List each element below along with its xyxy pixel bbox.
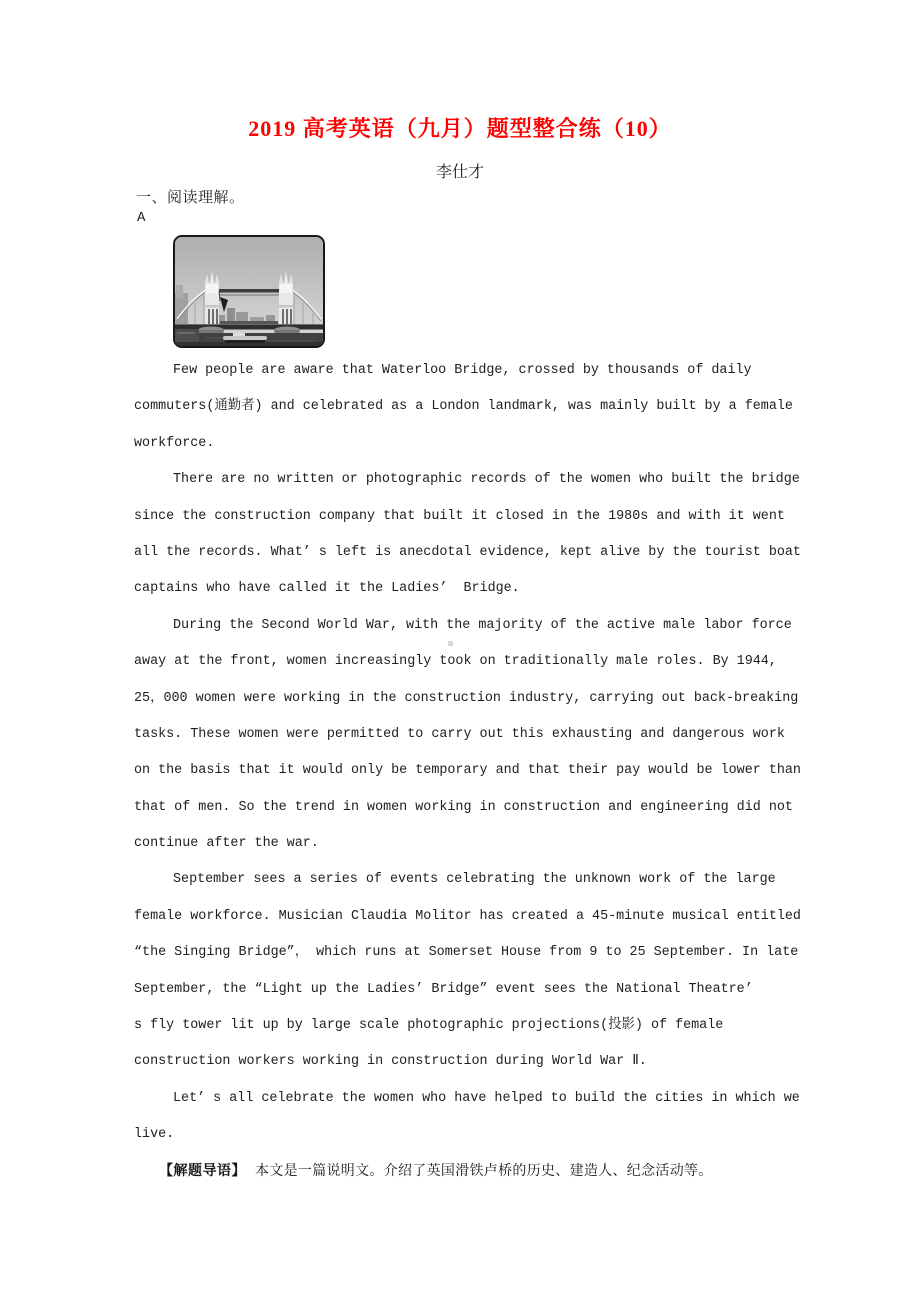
passage-line: September, the “Light up the Ladies’ Bri… xyxy=(134,972,818,1008)
tower-bridge-illustration xyxy=(175,237,323,346)
passage-line: continue after the war. xyxy=(134,826,818,862)
passage-line: workforce. xyxy=(134,426,818,462)
passage-line: construction workers working in construc… xyxy=(134,1044,818,1080)
passage-line: tasks. These women were permitted to car… xyxy=(134,717,818,753)
passage-line: since the construction company that buil… xyxy=(134,499,818,535)
passage-line: Let’ s all celebrate the women who have … xyxy=(134,1081,818,1117)
passage-line: There are no written or photographic rec… xyxy=(134,462,818,498)
passage-line: s fly tower lit up by large scale photog… xyxy=(134,1008,818,1044)
document-page: 2019 高考英语（九月）题型整合练（10） 李仕才 一、阅读理解。 A xyxy=(0,0,920,1302)
bridge-deck xyxy=(175,324,323,330)
passage-line: on the basis that it would only be tempo… xyxy=(134,753,818,789)
passage-line: commuters(通勤者) and celebrated as a Londo… xyxy=(134,389,818,425)
passage-line: live. xyxy=(134,1117,818,1153)
reading-passage: Few people are aware that Waterloo Bridg… xyxy=(134,353,818,1154)
passage-line: September sees a series of events celebr… xyxy=(134,862,818,898)
bridge-photo xyxy=(173,235,325,348)
smudge-artifact xyxy=(448,641,453,646)
guide-note: 【解题导语】本文是一篇说明文。介绍了英国滑铁卢桥的历史、建造人、纪念活动等。 xyxy=(134,1154,818,1190)
section-heading: 一、阅读理解。 xyxy=(136,186,245,207)
guide-label: 【解题导语】 xyxy=(159,1164,246,1179)
passage-line: Few people are aware that Waterloo Bridg… xyxy=(134,353,818,389)
passage-label: A xyxy=(137,210,145,226)
passage-line: captains who have called it the Ladies’ … xyxy=(134,571,818,607)
passage-line: that of men. So the trend in women worki… xyxy=(134,790,818,826)
guide-text: 本文是一篇说明文。介绍了英国滑铁卢桥的历史、建造人、纪念活动等。 xyxy=(255,1164,713,1179)
passage-line: female workforce. Musician Claudia Molit… xyxy=(134,899,818,935)
author-name: 李仕才 xyxy=(0,159,920,182)
passage-line: 25，000 women were working in the constru… xyxy=(134,681,818,717)
passage-line: all the records. What’ s left is anecdot… xyxy=(134,535,818,571)
passage-line: away at the front, women increasingly to… xyxy=(134,644,818,680)
passage-line: “the Singing Bridge”， which runs at Some… xyxy=(134,935,818,971)
passage-line: During the Second World War, with the ma… xyxy=(134,608,818,644)
document-title: 2019 高考英语（九月）题型整合练（10） xyxy=(0,112,920,143)
passage-flow: Few people are aware that Waterloo Bridg… xyxy=(134,353,818,1190)
